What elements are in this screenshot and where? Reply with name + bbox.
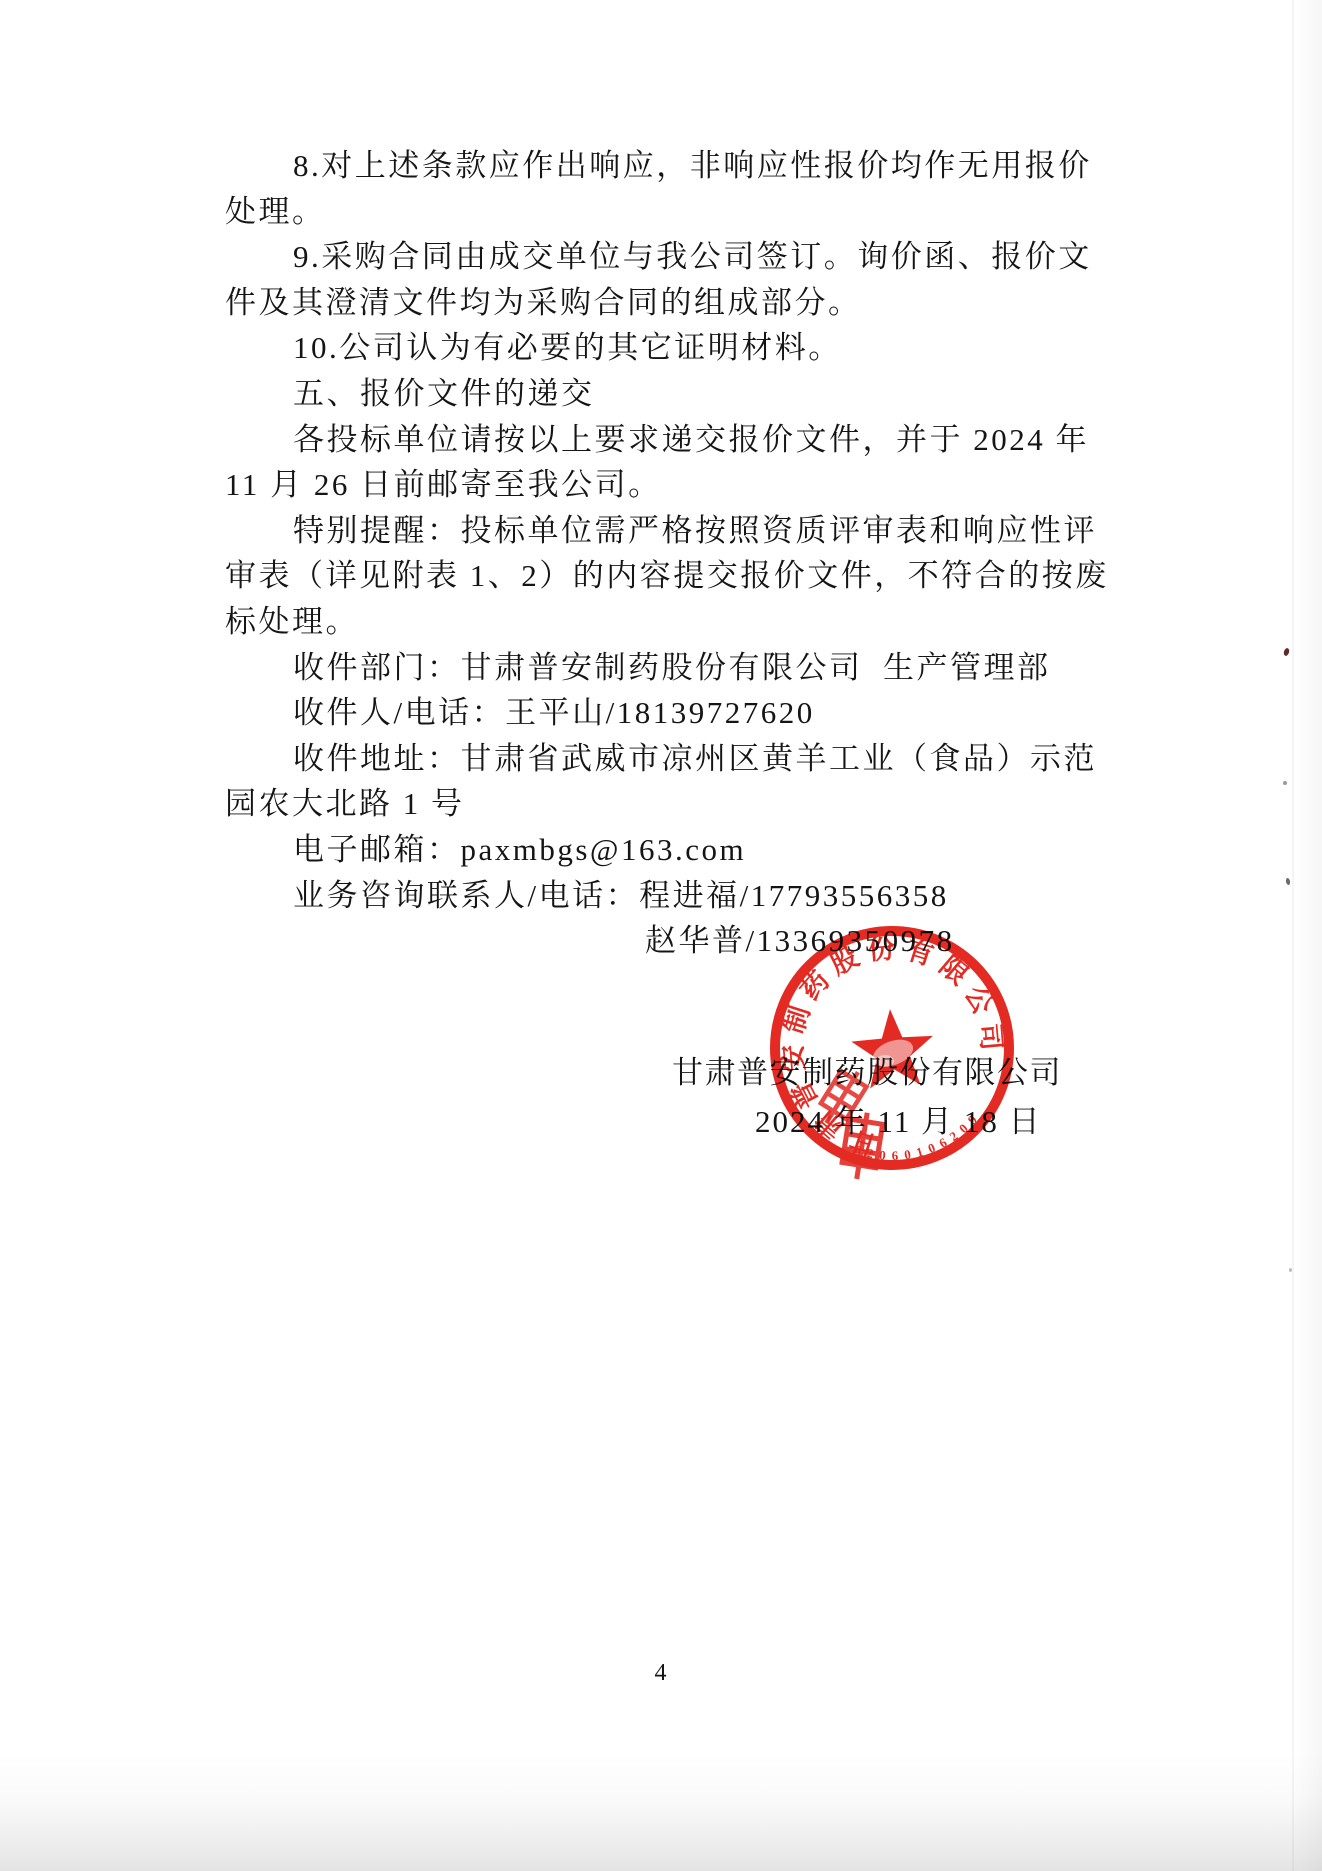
scan-bottom-shading [0,1751,1322,1871]
scan-speck [1283,781,1287,785]
doc-line-recipient-phone: 收件人/电话：王平山/18139727620 [225,690,1120,736]
doc-line-address: 园农大北路 1 号 [225,781,1120,827]
doc-line: 8.对上述条款应作出响应，非响应性报价均作无用报价 [225,143,1120,189]
seal-inner-overprint-mark [840,1110,884,1181]
doc-line: 9.采购合同由成交单位与我公司签订。询价函、报价文 [225,234,1120,280]
doc-line: 特别提醒：投标单位需严格按照资质评审表和响应性评 [225,508,1120,554]
doc-line-address: 收件地址：甘肃省武威市凉州区黄羊工业（食品）示范 [225,736,1120,782]
doc-line: 处理。 [225,189,1120,235]
doc-line: 各投标单位请按以上要求递交报价文件，并于 2024 年 [225,417,1120,463]
scanned-document-page: 8.对上述条款应作出响应，非响应性报价均作无用报价 处理。 9.采购合同由成交单… [0,0,1322,1871]
document-body: 8.对上述条款应作出响应，非响应性报价均作无用报价 处理。 9.采购合同由成交单… [225,143,1120,964]
scan-speck [1285,878,1290,886]
doc-line: 标处理。 [225,599,1120,645]
doc-line-email: 电子邮箱：paxmbgs@163.com [225,827,1120,873]
doc-line: 件及其澄清文件均为采购合同的组成部分。 [225,280,1120,326]
doc-section-heading: 五、报价文件的递交 [225,371,1120,417]
doc-line: 审表（详见附表 1、2）的内容提交报价文件，不符合的按废 [225,553,1120,599]
company-seal: 甘肃普安制药股份有限公司 62060106209 [757,913,1027,1183]
page-number: 4 [0,1660,1322,1687]
doc-line-recipient-dept: 收件部门：甘肃普安制药股份有限公司 生产管理部 [225,645,1120,691]
doc-line: 11 月 26 日前邮寄至我公司。 [225,462,1120,508]
doc-line-contact: 业务咨询联系人/电话：程进福/17793556358 [225,873,1120,919]
doc-line: 10.公司认为有必要的其它证明材料。 [225,325,1120,371]
scan-speck [1283,647,1290,656]
scan-edge-line [1292,0,1294,1871]
scan-speck [1289,1268,1292,1272]
seal-ink-gap [876,1055,894,1067]
scan-edge-shading [1294,0,1322,1871]
